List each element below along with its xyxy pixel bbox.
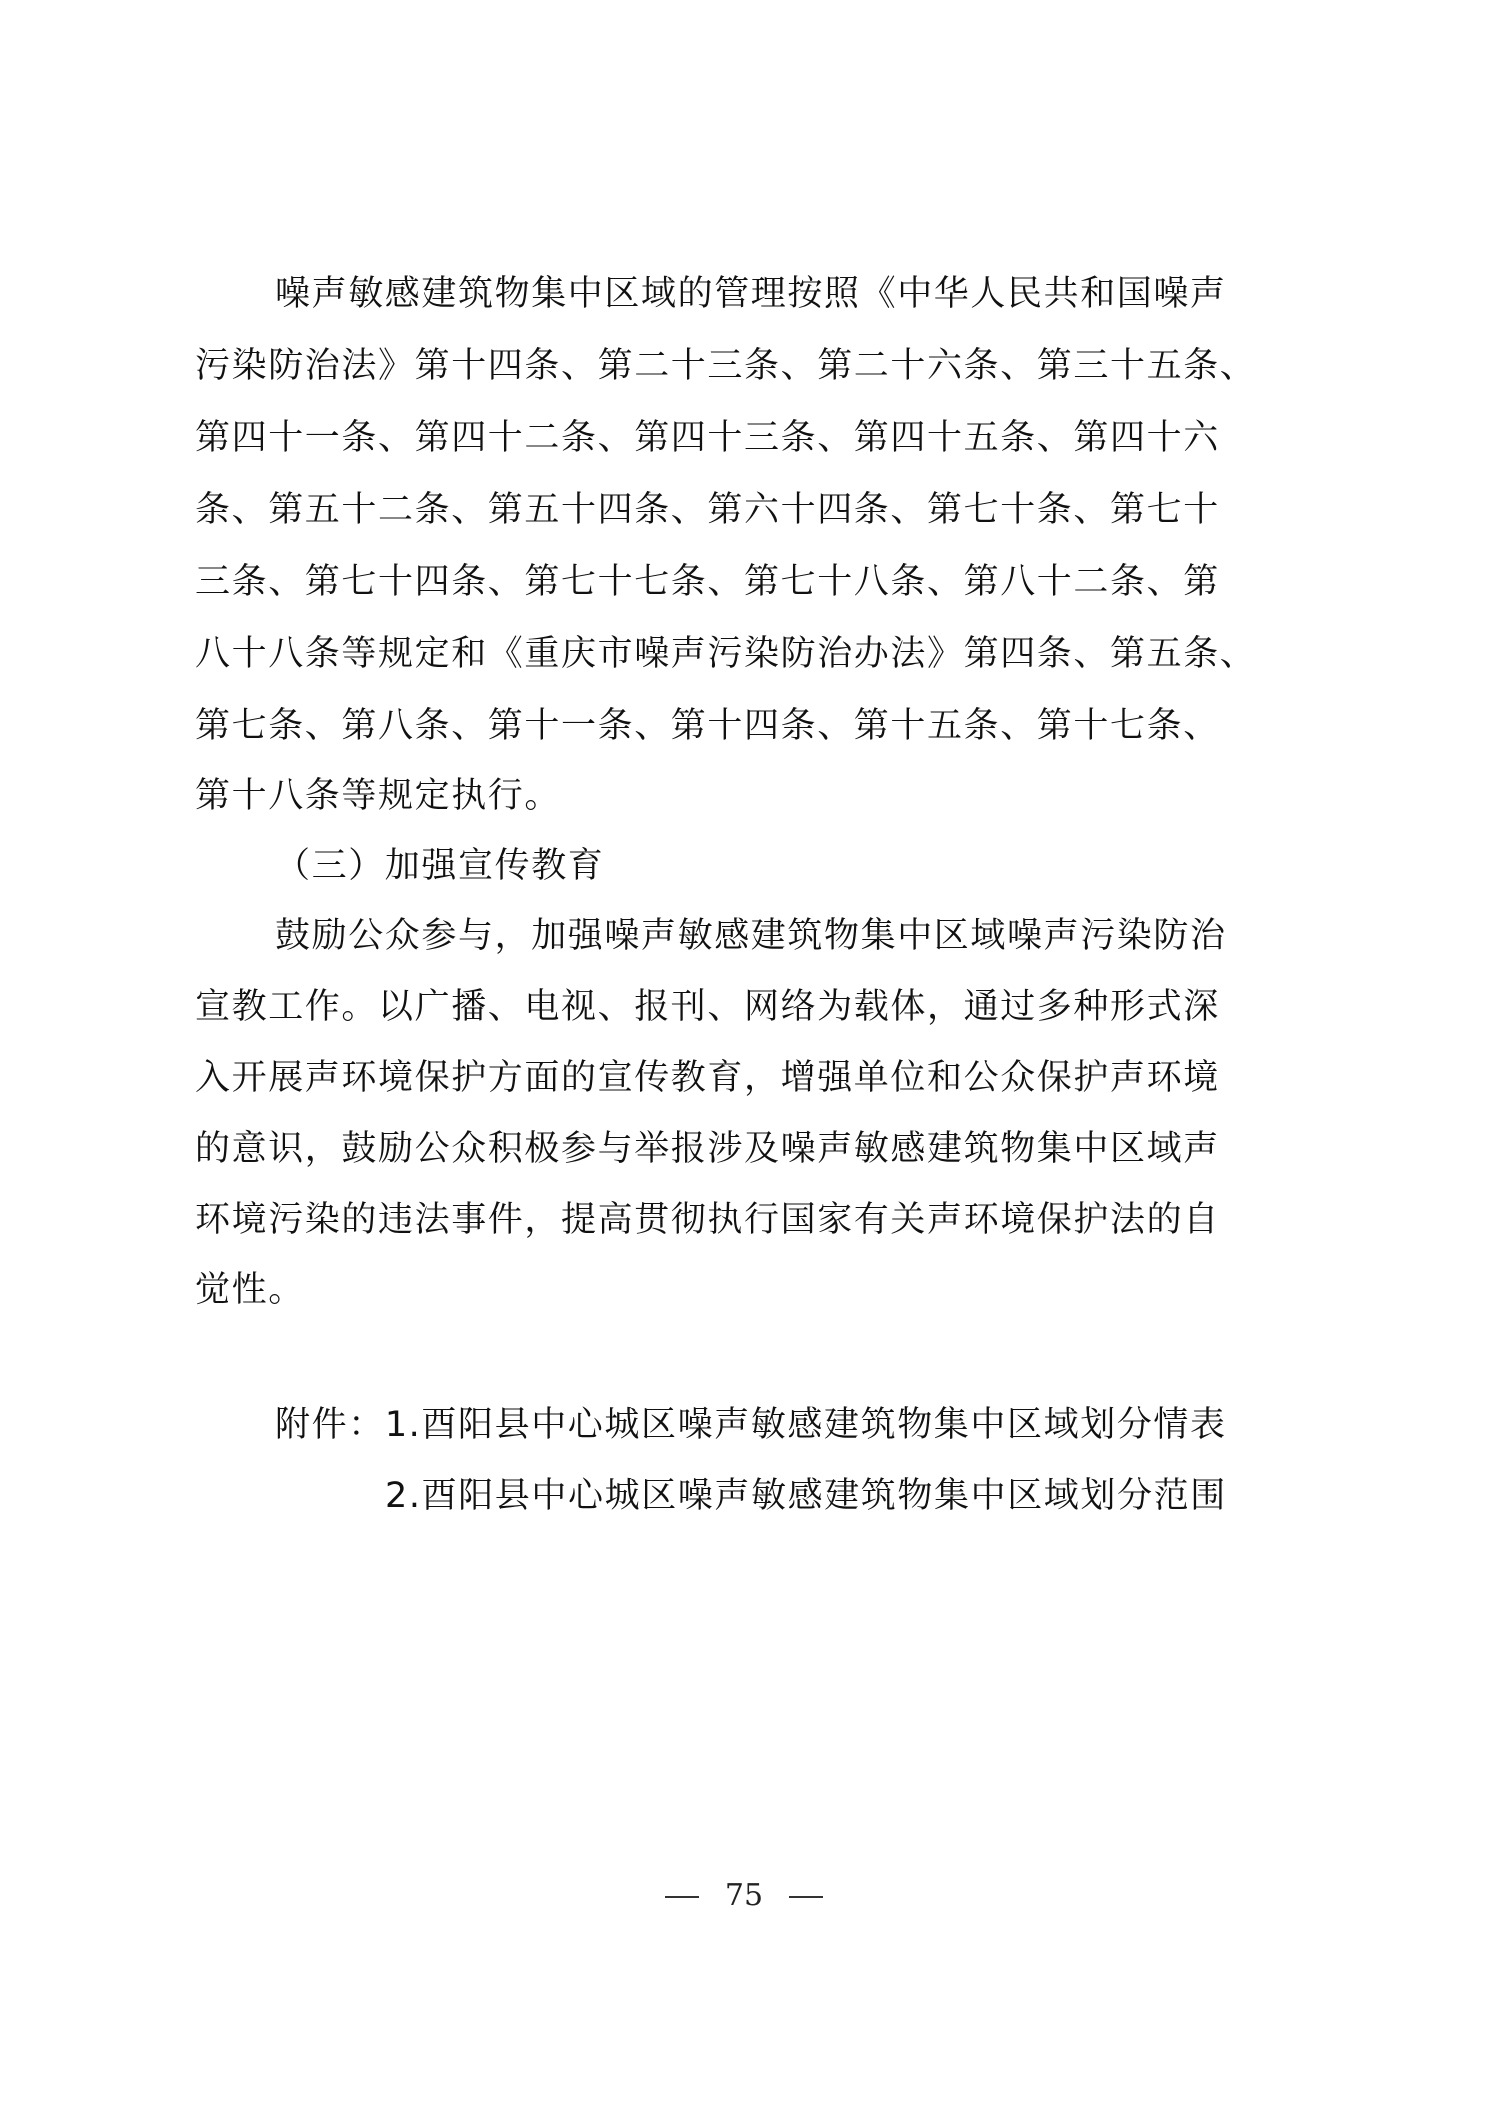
dash-right (789, 1896, 823, 1898)
text-line: 污染防治法》第十四条、第二十三条、第二十六条、第三十五条、 (195, 344, 1295, 388)
attachment-line-1: 附件：1.酉阳县中心城区噪声敏感建筑物集中区域划分情表 (275, 1403, 1315, 1447)
attachment-item: 2.酉阳县中心城区噪声敏感建筑物集中区域划分范围 (385, 1474, 1485, 1518)
attachment-item: 1.酉阳县中心城区噪声敏感建筑物集中区域划分情表 (385, 1405, 1227, 1445)
text-line: 觉性。 (195, 1268, 1295, 1312)
page-footer: 75 (0, 1878, 1488, 1914)
text-line: 入开展声环境保护方面的宣传教育，增强单位和公众保护声环境 (195, 1056, 1295, 1100)
page-number: 75 (725, 1878, 763, 1913)
text-line: 噪声敏感建筑物集中区域的管理按照《中华人民共和国噪声 (275, 272, 1375, 316)
text-line: 八十八条等规定和《重庆市噪声污染防治办法》第四条、第五条、 (195, 632, 1295, 676)
attachments-label: 附件： (275, 1405, 385, 1445)
section-heading: （三）加强宣传教育 (275, 844, 1375, 888)
text-line: 第十八条等规定执行。 (195, 774, 1295, 818)
document-page: 噪声敏感建筑物集中区域的管理按照《中华人民共和国噪声 污染防治法》第十四条、第二… (0, 0, 1488, 2105)
text-line: 宣教工作。以广播、电视、报刊、网络为载体，通过多种形式深 (195, 985, 1295, 1029)
text-line: 条、第五十二条、第五十四条、第六十四条、第七十条、第七十 (195, 488, 1295, 532)
text-line: 环境污染的违法事件，提高贯彻执行国家有关声环境保护法的自 (195, 1198, 1295, 1242)
text-line: 三条、第七十四条、第七十七条、第七十八条、第八十二条、第 (195, 560, 1295, 604)
text-line: 第七条、第八条、第十一条、第十四条、第十五条、第十七条、 (195, 704, 1295, 748)
dash-left (665, 1896, 699, 1898)
text-line: 鼓励公众参与，加强噪声敏感建筑物集中区域噪声污染防治 (275, 914, 1375, 958)
text-line: 的意识，鼓励公众积极参与举报涉及噪声敏感建筑物集中区域声 (195, 1127, 1295, 1171)
text-line: 第四十一条、第四十二条、第四十三条、第四十五条、第四十六 (195, 416, 1295, 460)
